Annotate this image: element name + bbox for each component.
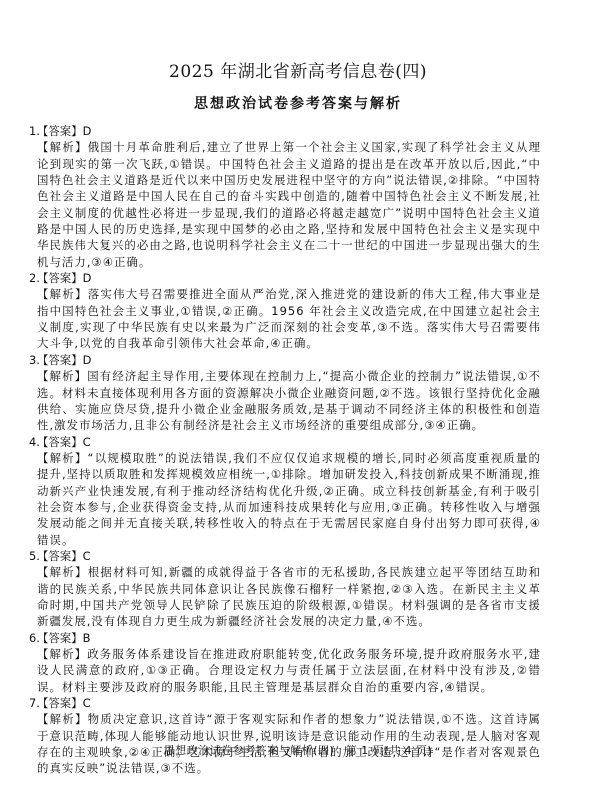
answer-value: C xyxy=(83,696,91,710)
answer-label: 【答案】 xyxy=(37,353,83,367)
answer-item-5: 5.【答案】C 【解析】根据材料可知,新疆的成就得益于各省市的无私援助,各民族建… xyxy=(29,548,541,630)
analysis-label: 【解析】 xyxy=(37,712,88,726)
answer-header: 1.【答案】D xyxy=(29,123,541,139)
page-footer: 思想政治试卷参考答案与解析(四) 第 1 页(共 4 页) xyxy=(0,742,596,758)
question-number: 1. xyxy=(29,123,37,139)
analysis-body: 落实伟大号召需要推进全面从严治党,深入推进党的建设新的伟大工程,伟大事业是指中国… xyxy=(37,287,541,350)
analysis-text: 【解析】“以规模取胜”的说法错误,我们不应仅仅追求规模的增长,同时必须高度重视质… xyxy=(37,450,541,548)
answer-header: 3.【答案】D xyxy=(29,352,541,368)
analysis-body: 根据材料可知,新疆的成就得益于各省市的无私援助,各民族建立起平等团结互助和谐的民… xyxy=(37,565,541,628)
answer-header: 6.【答案】B xyxy=(29,630,541,646)
answer-header: 4.【答案】C xyxy=(29,434,541,450)
question-number: 7. xyxy=(29,695,37,711)
answer-item-7: 7.【答案】C 【解析】物质决定意识,这首诗“源于客观实际和作者的想象力”说法错… xyxy=(29,695,541,777)
analysis-label: 【解析】 xyxy=(37,647,87,661)
analysis-body: 俄国十月革命胜利后,建立了世界上第一个社会主义国家,实现了科学社会主义从理论到现… xyxy=(37,140,541,268)
analysis-text: 【解析】政务服务体系建设旨在推进政府职能转变,优化政务服务环境,提升政府服务水平… xyxy=(37,646,541,695)
answer-label: 【答案】 xyxy=(37,435,83,449)
answer-value: C xyxy=(83,549,91,563)
answer-label: 【答案】 xyxy=(37,549,83,563)
analysis-body: 政务服务体系建设旨在推进政府职能转变,优化政务服务环境,提升政府服务水平,建设人… xyxy=(37,647,541,694)
answer-item-1: 1.【答案】D 【解析】俄国十月革命胜利后,建立了世界上第一个社会主义国家,实现… xyxy=(29,123,541,270)
answer-value: B xyxy=(83,631,91,645)
answer-header: 7.【答案】C xyxy=(29,695,541,711)
analysis-text: 【解析】国有经济起主导作用,主要体现在控制力上,“提高小微企业的控制力”说法错误… xyxy=(37,368,541,433)
answer-header: 5.【答案】C xyxy=(29,548,541,564)
analysis-text: 【解析】根据材料可知,新疆的成就得益于各省市的无私援助,各民族建立起平等团结互助… xyxy=(37,564,541,629)
document-subtitle: 思想政治试卷参考答案与解析 xyxy=(0,93,596,113)
analysis-label: 【解析】 xyxy=(37,140,88,154)
question-number: 2. xyxy=(29,270,37,286)
answer-value: D xyxy=(83,271,92,285)
question-number: 4. xyxy=(29,434,37,450)
question-number: 5. xyxy=(29,548,37,564)
answer-item-4: 4.【答案】C 【解析】“以规模取胜”的说法错误,我们不应仅仅追求规模的增长,同… xyxy=(29,434,541,548)
answer-item-2: 2.【答案】D 【解析】落实伟大号召需要推进全面从严治党,深入推进党的建设新的伟… xyxy=(29,270,541,352)
question-number: 3. xyxy=(29,352,37,368)
question-number: 6. xyxy=(29,630,37,646)
analysis-label: 【解析】 xyxy=(37,451,88,465)
analysis-text: 【解析】俄国十月革命胜利后,建立了世界上第一个社会主义国家,实现了科学社会主义从… xyxy=(37,139,541,270)
analysis-label: 【解析】 xyxy=(37,565,88,579)
answer-label: 【答案】 xyxy=(37,124,83,138)
document-title: 2025 年湖北省新高考信息卷(四) xyxy=(0,57,596,82)
answer-item-3: 3.【答案】D 【解析】国有经济起主导作用,主要体现在控制力上,“提高小微企业的… xyxy=(29,352,541,434)
answer-value: C xyxy=(83,435,91,449)
answer-label: 【答案】 xyxy=(37,631,83,645)
analysis-body: “以规模取胜”的说法错误,我们不应仅仅追求规模的增长,同时必须高度重视质量的提升… xyxy=(37,451,541,547)
analysis-text: 【解析】落实伟大号召需要推进全面从严治党,深入推进党的建设新的伟大工程,伟大事业… xyxy=(37,286,541,351)
answer-value: D xyxy=(83,353,92,367)
analysis-body: 国有经济起主导作用,主要体现在控制力上,“提高小微企业的控制力”说法错误,①不选… xyxy=(37,369,541,432)
answer-item-6: 6.【答案】B 【解析】政务服务体系建设旨在推进政府职能转变,优化政务服务环境,… xyxy=(29,630,541,695)
answer-list: 1.【答案】D 【解析】俄国十月革命胜利后,建立了世界上第一个社会主义国家,实现… xyxy=(29,123,541,777)
analysis-label: 【解析】 xyxy=(37,369,87,383)
answer-label: 【答案】 xyxy=(37,271,83,285)
answer-value: D xyxy=(83,124,92,138)
answer-label: 【答案】 xyxy=(37,696,83,710)
answer-header: 2.【答案】D xyxy=(29,270,541,286)
analysis-label: 【解析】 xyxy=(37,287,88,301)
